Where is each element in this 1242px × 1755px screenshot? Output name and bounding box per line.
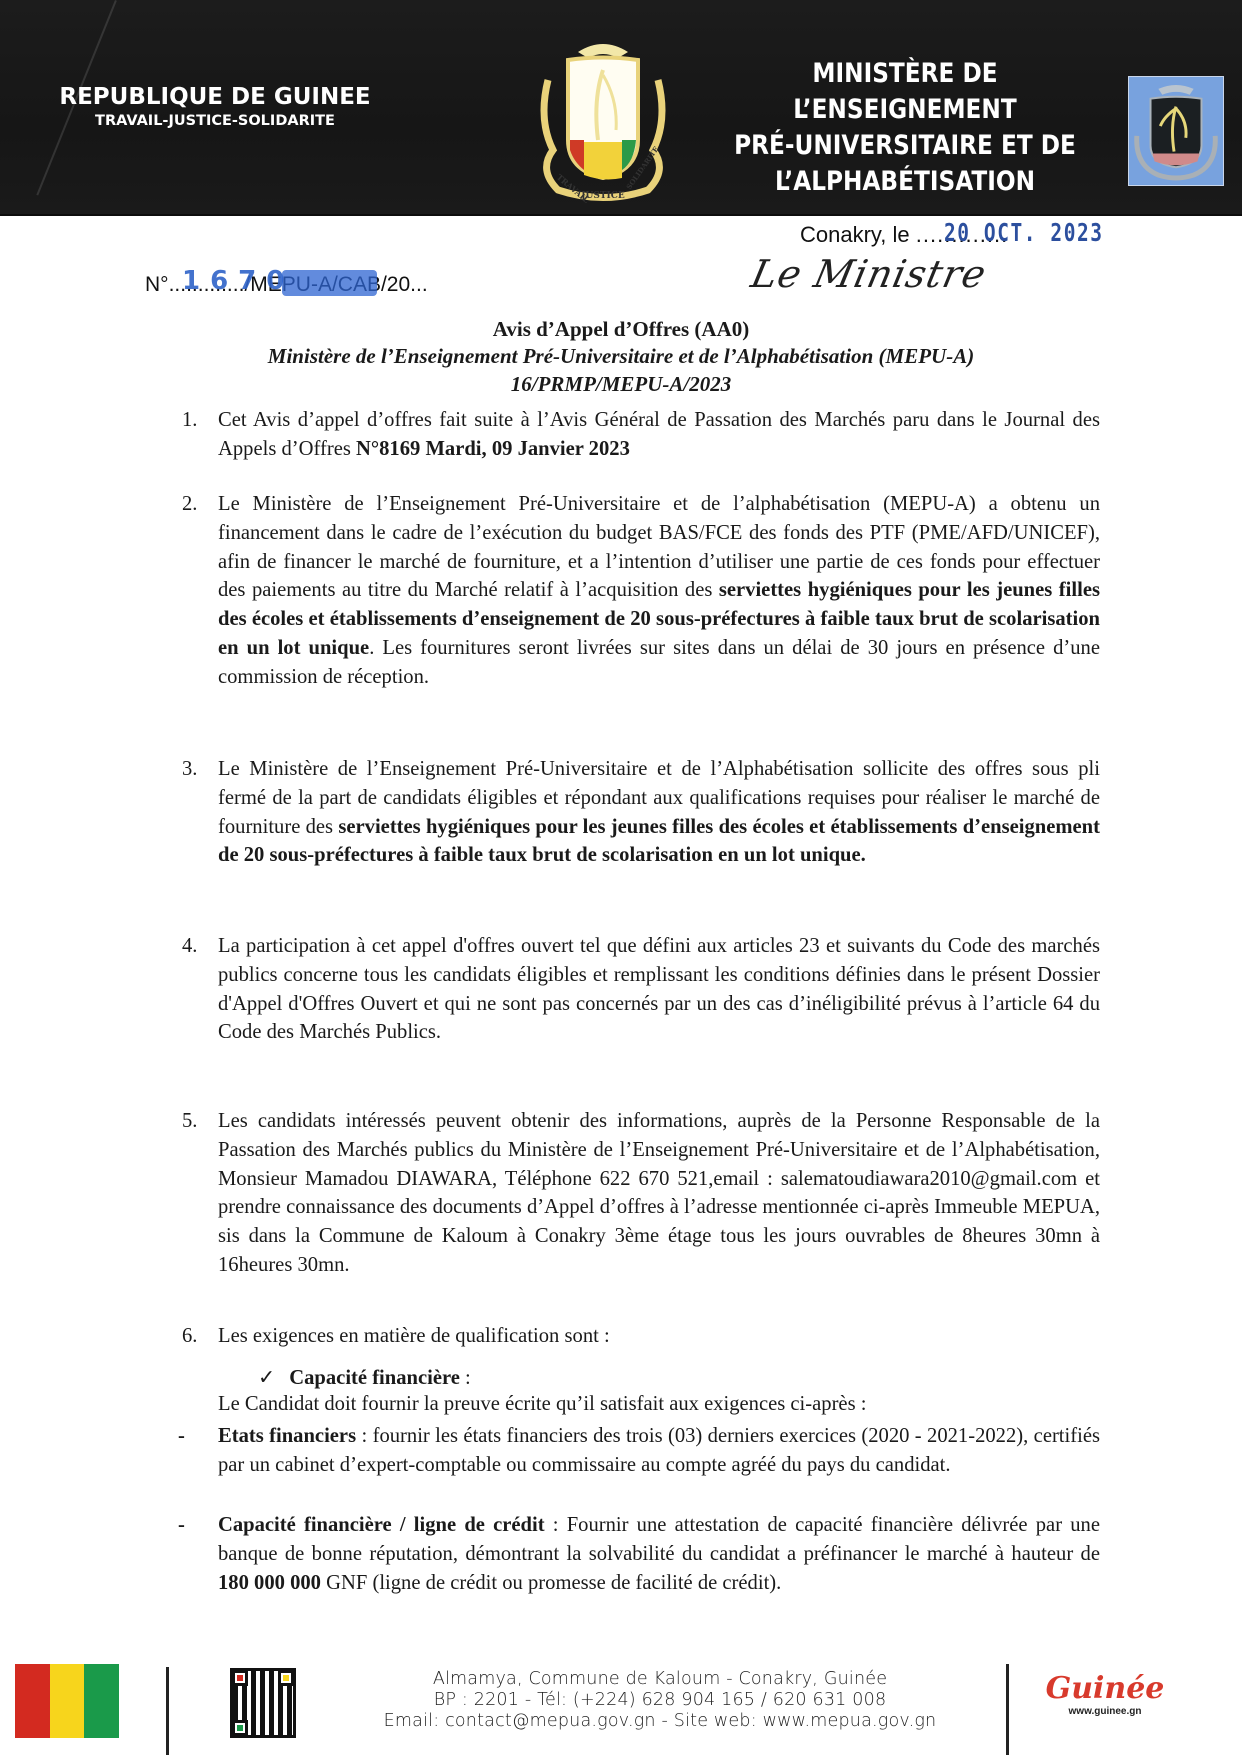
qualification-item-credit-line: - Capacité financière / ligne de crédit … [218,1511,1100,1597]
footer-address: Almamya, Commune de Kaloum - Conakry, Gu… [330,1669,990,1690]
date-stamp: 20 OCT. 2023 [944,218,1104,247]
paragraph-4: 4. La participation à cet appel d'offres… [218,932,1100,1047]
republic-motto: TRAVAIL-JUSTICE-SOLIDARITE [55,113,375,129]
footer-phone: BP : 2201 - Tél: (+224) 628 904 165 / 62… [330,1690,990,1711]
paragraph-2: 2. Le Ministère de l’Enseignement Pré-Un… [218,490,1100,692]
notice-subtitle: Ministère de l’Enseignement Pré-Universi… [0,344,1242,369]
paragraph-5: 5. Les candidats intéressés peuvent obte… [218,1107,1100,1280]
paragraph-1: 1. Cet Avis d’appel d’offres fait suite … [218,406,1100,464]
ministry-seal-icon [1128,76,1224,186]
footer-divider [166,1667,169,1755]
check-icon: ✓ [258,1367,275,1389]
guinee-brand-logo: Guinée www.guinee.gn [1040,1672,1170,1717]
footer-divider [1006,1664,1009,1755]
brand-wordmark: Guinée [1040,1672,1170,1706]
header-banner: REPUBLIQUE DE GUINEE TRAVAIL-JUSTICE-SOL… [0,0,1242,216]
paragraph-6: 6. Les exigences en matière de qualifica… [218,1322,1100,1351]
footer-contact: Almamya, Commune de Kaloum - Conakry, Gu… [330,1669,990,1732]
notice-title: Avis d’Appel d’Offres (AA0) [0,317,1242,342]
qr-code-icon[interactable] [230,1668,296,1738]
qualification-item-financial-statements: - Etats financiers : fournir les états f… [218,1422,1100,1480]
footer-email-web: Email: contact@mepua.gov.gn - Site web: … [330,1711,990,1732]
ministry-name: MINISTÈRE DE L’ENSEIGNEMENT PRÉ-UNIVERSI… [729,56,1082,200]
notice-reference: 16/PRMP/MEPU-A/2023 [0,372,1242,397]
qualification-heading: ✓Capacité financière : [258,1365,471,1390]
stamp-ink-blot [282,270,377,296]
reference-stamp: 1670 [182,266,294,296]
republic-title: REPUBLIQUE DE GUINEE [55,84,375,110]
qualification-intro: Le Candidat doit fournir la preuve écrit… [218,1393,866,1416]
paragraph-3: 3. Le Ministère de l’Enseignement Pré-Un… [218,755,1100,870]
guinea-coat-of-arms-icon: JUSTICE TRAVAIL SOLIDARITE [518,30,688,205]
guinea-flag-icon [15,1664,119,1738]
brand-url[interactable]: www.guinee.gn [1040,1706,1170,1717]
signatory-title: Le Ministre [747,252,990,296]
